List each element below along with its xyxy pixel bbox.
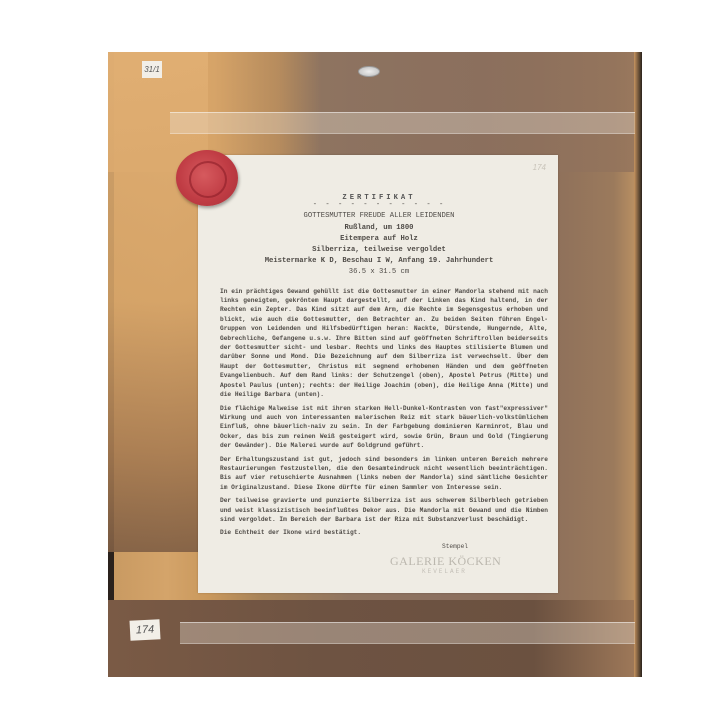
paragraph-authenticity: Die Echtheit der Ikone wird bestätigt. xyxy=(220,528,548,537)
panel-right-edge xyxy=(634,52,642,677)
hanging-hook-icon xyxy=(358,66,380,77)
header-line-marks: Meistermarke K D, Beschau I W, Anfang 19… xyxy=(210,256,548,267)
header-line-dimensions: 36.5 x 31.5 cm xyxy=(210,267,548,278)
header-line-riza: Silberriza, teilweise vergoldet xyxy=(210,245,548,256)
header-line-medium: Eitempera auf Holz xyxy=(210,234,548,245)
header-line-origin: Rußland, um 1800 xyxy=(210,223,548,234)
paragraph-condition: Der Erhaltungszustand ist gut, jedoch si… xyxy=(220,455,548,493)
tape-strip-bottom xyxy=(180,622,635,644)
paragraph-description: In ein prächtiges Gewand gehüllt ist die… xyxy=(220,287,548,400)
certificate-sheet: 174 ZERTIFIKAT - - - - - - - - - - - GOT… xyxy=(198,155,558,593)
paragraph-riza: Der teilweise gravierte und punzierte Si… xyxy=(220,496,548,524)
title-underline: - - - - - - - - - - - xyxy=(210,200,548,211)
stamp-label: Stempel xyxy=(442,542,548,551)
cert-corner-note: 174 xyxy=(533,163,546,172)
lot-number-tag: 174 xyxy=(129,619,160,641)
gallery-stamp: GALERIE KÖCKEN xyxy=(390,555,548,568)
header-line-subject: GOTTESMUTTER FREUDE ALLER LEIDENDEN xyxy=(210,211,548,222)
gallery-stamp-location: KEVELAER xyxy=(422,568,548,575)
inventory-tag-top: 31/1 xyxy=(142,61,162,78)
paragraph-style: Die flächige Malweise ist mit ihren star… xyxy=(220,404,548,451)
tape-strip-top xyxy=(170,112,635,134)
wax-seal-icon xyxy=(176,150,238,206)
